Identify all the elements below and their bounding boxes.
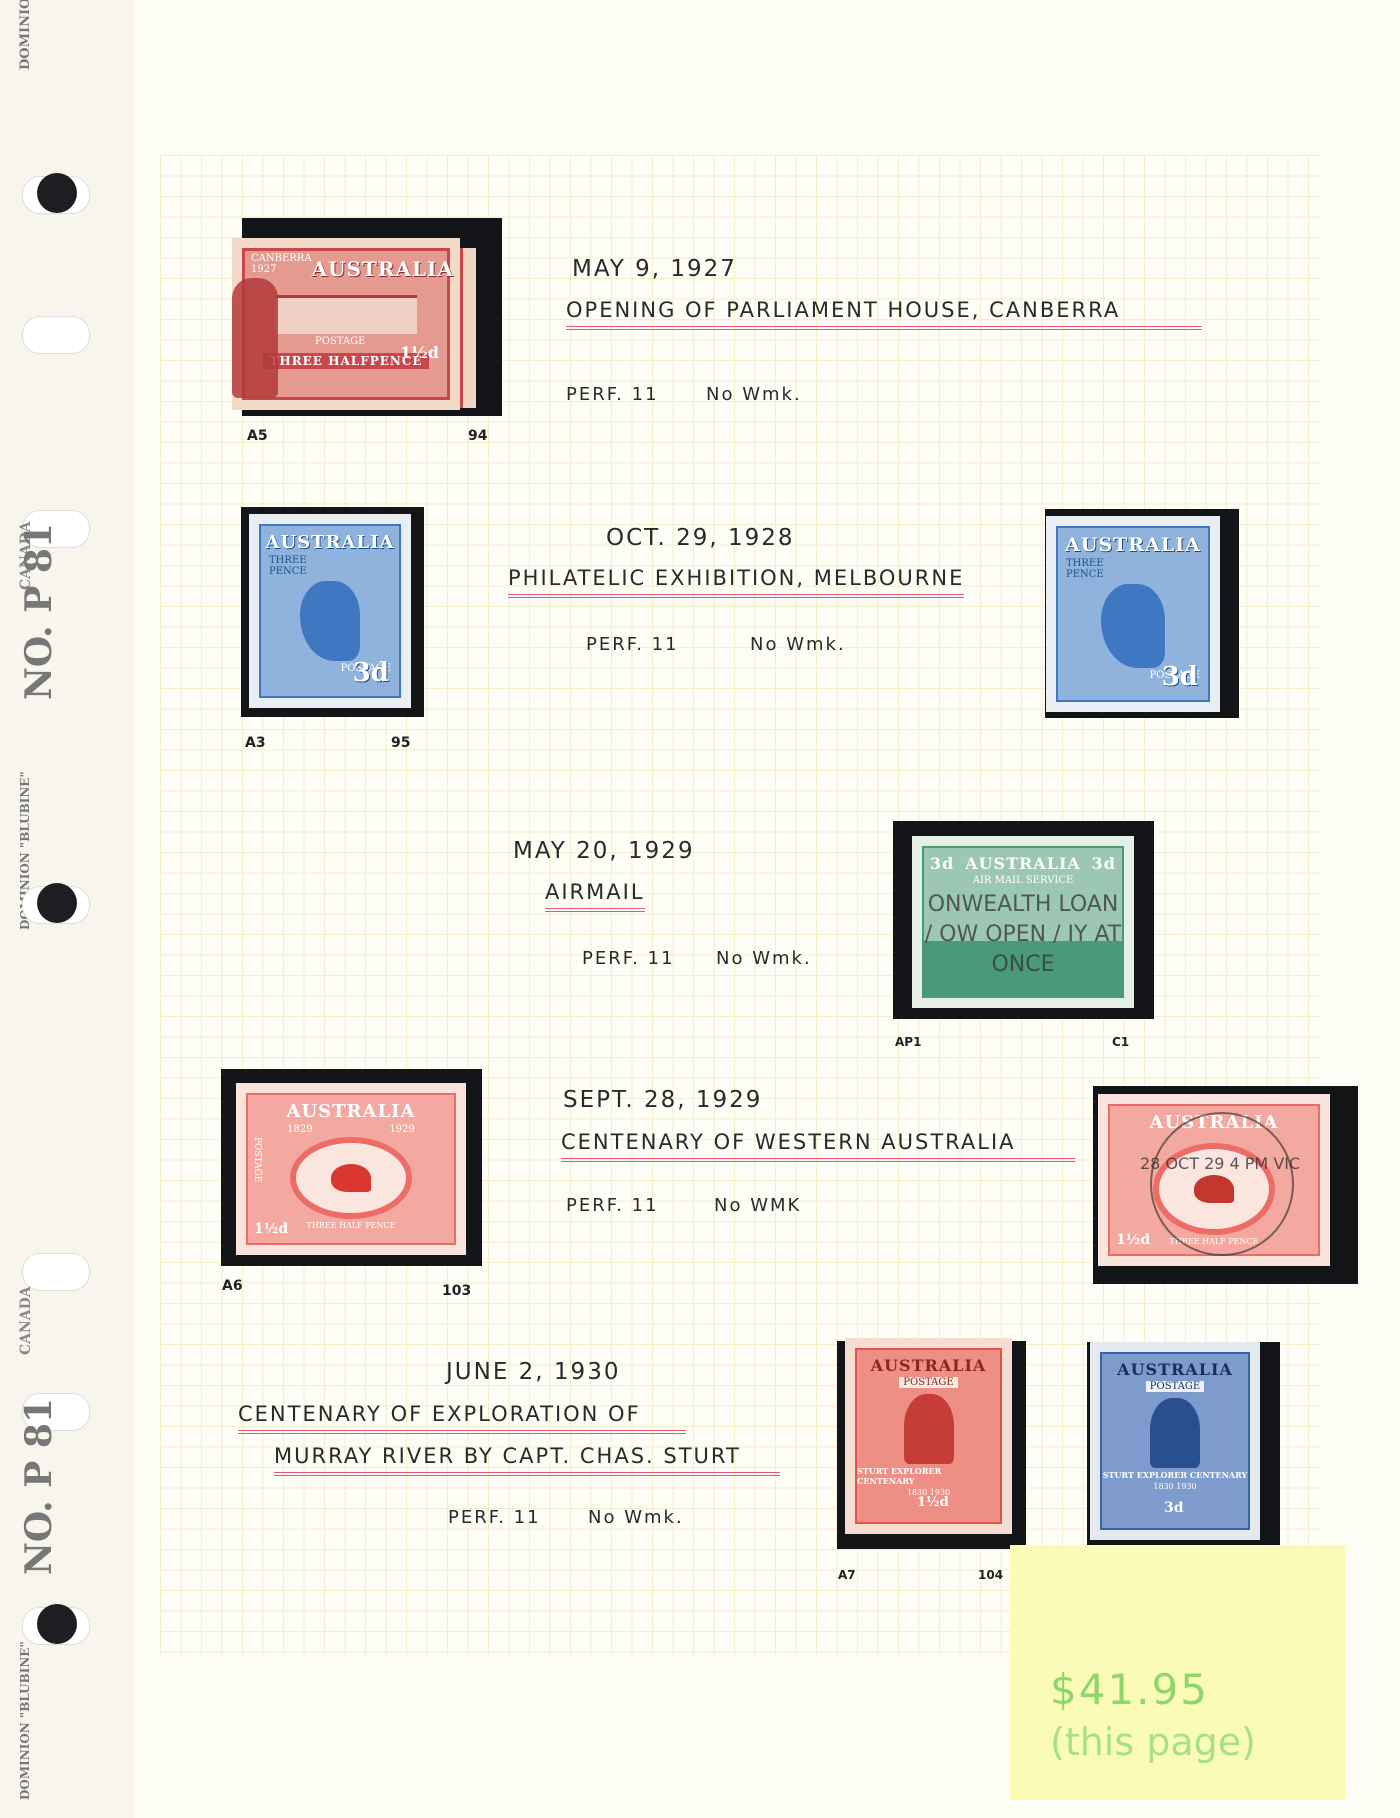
issue-title-line2: MURRAY RIVER BY CAPT. CHAS. STURT (274, 1444, 780, 1476)
stamp-airmail-1929[interactable]: 3d AUSTRALIA 3d AIR MAIL SERVICE ONWEALT… (912, 836, 1134, 1008)
catalog-number: 103 (442, 1283, 471, 1299)
stamp-country: AUSTRALIA (1065, 534, 1201, 556)
stamp-value: 3d (353, 658, 389, 688)
sturt-portrait (904, 1394, 954, 1464)
stamp-value: 1½d (1116, 1232, 1150, 1248)
watermark-note: No Wmk. (588, 1507, 684, 1528)
stamp-year-text: CANBERRA 1927 (251, 253, 312, 281)
price-note: (this page) (1050, 1720, 1256, 1764)
stamp-sturt-red[interactable]: AUSTRALIA POSTAGE STURT EXPLORER CENTENA… (845, 1338, 1012, 1534)
stamp-caption: AIR MAIL SERVICE (973, 875, 1074, 886)
stamp-country: AUSTRALIA (312, 257, 454, 281)
issue-title: OPENING OF PARLIAMENT HOUSE, CANBERRA (566, 298, 1202, 330)
stamp-country: AUSTRALIA (286, 1101, 415, 1122)
binder-hole (22, 886, 90, 924)
catalog-number: C1 (1112, 1035, 1129, 1049)
black-swan-image (331, 1164, 371, 1192)
stamp-sturt-blue[interactable]: AUSTRALIA POSTAGE STURT EXPLORER CENTENA… (1090, 1342, 1260, 1540)
binder-imprint-number: NO. P 81 (18, 1398, 60, 1575)
stamp-label: POSTAGE (252, 1137, 262, 1182)
stamp-denomination-text: THREE PENCE (269, 555, 309, 577)
issue-title-line1: CENTENARY OF EXPLORATION OF (238, 1402, 686, 1434)
perforation-note: PERF. 11 (586, 634, 679, 655)
page-price: $41.95 (1050, 1665, 1209, 1714)
catalog-type: A3 (245, 735, 266, 751)
parliament-house-image (275, 295, 416, 334)
stamp-value: 1½d (254, 1221, 288, 1237)
issue-date: MAY 9, 1927 (572, 256, 737, 282)
catalog-type: A7 (838, 1568, 856, 1582)
page-corner (1360, 0, 1400, 40)
issue-title: AIRMAIL (545, 880, 645, 912)
stamp-country: AUSTRALIA (965, 854, 1081, 873)
stamp-year-start: 1829 (287, 1124, 312, 1135)
issue-date: JUNE 2, 1930 (446, 1359, 620, 1385)
album-page: DOMINION CANADA NO. P 81 DOMINION "BLUBI… (0, 0, 1400, 1818)
watermark-note: No WMK (714, 1195, 801, 1216)
catalog-number: 94 (468, 428, 487, 444)
kookaburra-image (1101, 584, 1165, 668)
perforation-note: PERF. 11 (566, 1195, 659, 1216)
watermark-note: No Wmk. (716, 948, 812, 969)
stamp-country: AUSTRALIA (1117, 1360, 1233, 1379)
stamp-label: POSTAGE (899, 1377, 957, 1388)
perforation-note: PERF. 11 (582, 948, 675, 969)
sturt-portrait (1150, 1398, 1200, 1468)
stamp-value: 1½d (917, 1495, 949, 1510)
stamp-label: POSTAGE (1146, 1381, 1204, 1392)
stamp-value-left: 3d (930, 854, 954, 873)
allegorical-figure (232, 278, 278, 398)
stamp-year-end: 1929 (389, 1124, 414, 1135)
stamp-value: 3d (1164, 1500, 1184, 1516)
stamp-years: 1830 1930 (1153, 1482, 1196, 1491)
stamp-value: 3d (1162, 662, 1198, 692)
issue-date: SEPT. 28, 1929 (563, 1087, 762, 1113)
stamp-caption: STURT EXPLORER CENTENARY (1103, 1470, 1248, 1480)
perforation-note: PERF. 11 (448, 1507, 541, 1528)
catalog-type: AP1 (895, 1035, 921, 1049)
stamp-country: AUSTRALIA (265, 532, 394, 553)
stamp-value-right: 3d (1092, 854, 1116, 873)
stamp-caption: STURT EXPLORER CENTENARY (857, 1466, 1000, 1486)
stamp-canberra-1927[interactable]: CANBERRA 1927 AUSTRALIA POSTAGE THREE HA… (232, 238, 460, 410)
issue-date: MAY 20, 1929 (513, 838, 695, 864)
catalog-type: A6 (222, 1278, 243, 1294)
stamp-black-swan-right[interactable]: AUSTRALIA THREE HALF PENCE 1½d 28 OCT 29… (1098, 1094, 1330, 1266)
issue-title: CENTENARY OF WESTERN AUSTRALIA (561, 1130, 1075, 1162)
stamp-kookaburra-left[interactable]: AUSTRALIA THREE PENCE POSTAGE 3d (249, 514, 411, 708)
stamp-caption: THREE HALF PENCE (307, 1221, 396, 1230)
watermark-note: No Wmk. (706, 384, 802, 405)
catalog-type: A5 (247, 428, 268, 444)
stamp-value: 1½d (400, 343, 439, 362)
swan-oval (290, 1137, 412, 1219)
binder-imprint-number: NO. P 81 (18, 523, 60, 700)
issue-date: OCT. 29, 1928 (606, 525, 795, 551)
postmark-slogan: ONWEALTH LOAN / OW OPEN / IY AT ONCE (924, 890, 1122, 980)
catalog-number: 104 (978, 1568, 1003, 1582)
binder-imprint-brand: DOMINION "BLUBINE" (18, 1641, 32, 1800)
catalog-number: 95 (391, 735, 410, 751)
binder-margin: DOMINION CANADA NO. P 81 DOMINION "BLUBI… (0, 0, 135, 1818)
postmark-circle (1150, 1112, 1294, 1256)
stamp-second-edge (460, 248, 476, 408)
price-sticky-note: $41.95 (this page) (1010, 1545, 1345, 1800)
binder-hole (22, 176, 90, 214)
stamp-denomination-text: THREE PENCE (1066, 558, 1106, 580)
stamp-country: AUSTRALIA (871, 1356, 987, 1375)
binder-imprint-top: DOMINION (18, 0, 33, 70)
perforation-note: PERF. 11 (566, 384, 659, 405)
stamp-black-swan-left[interactable]: AUSTRALIA 1829 1929 THREE HALF PENCE 1½d… (236, 1083, 466, 1255)
watermark-note: No Wmk. (750, 634, 846, 655)
issue-title: PHILATELIC EXHIBITION, MELBOURNE (508, 566, 964, 598)
kookaburra-image (300, 581, 360, 661)
binder-imprint-country: CANADA (18, 1286, 34, 1355)
stamp-label: POSTAGE (315, 336, 365, 347)
binder-hole (22, 1607, 90, 1645)
binder-hole (22, 316, 90, 354)
stamp-kookaburra-right[interactable]: AUSTRALIA THREE PENCE POSTAGE 3d (1046, 516, 1220, 712)
